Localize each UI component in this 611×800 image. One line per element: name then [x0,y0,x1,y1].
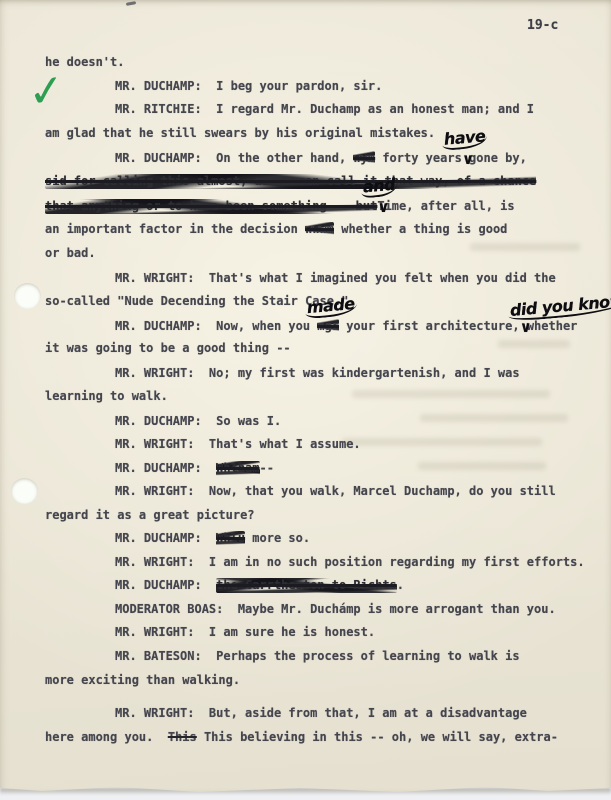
transcript-line: that anything or to have been something … [45,198,605,214]
typed-text: he doesn't. [45,55,124,69]
typed-text: -- [260,461,274,475]
transcript-line: an important factor in the decision wwwm… [45,222,605,237]
typed-text: Time, after all, is [377,199,514,213]
transcript-line: MR. DUCHAMP: Whlu more so. [45,531,611,546]
typed-text: here among you. [45,730,168,744]
typed-text: MR. WRIGHT: I am sure he is honest. [115,625,375,639]
typed-text: am glad that he still swears by his orig… [45,126,435,140]
transcript-line: sid for calling this almost, as we can c… [45,174,605,189]
transcript-line: MR. WRIGHT: That's what I assume. [45,437,611,452]
transcript-line: MR. WRIGHT: No; my first was kindergarte… [45,366,611,381]
transcript-line: learning to walk. [45,389,605,404]
typed-text: MODERATOR BOAS: Maybe Mr. Duchámp is mor… [115,602,556,616]
typed-text: MR. WRIGHT: I am in no such position reg… [115,555,585,569]
typed-text: regard it as a great picture? [45,508,255,522]
typed-text: MR. BATESON: Perhaps the process of lear… [115,649,520,663]
transcript-line: MR. DUCHAMP: So was I. [45,414,611,429]
transcript-line: MR. DUCHAMP: the Carrtheston to Richts. [45,578,611,593]
transcript-line: MR. WRIGHT: Now, that you walk, Marcel D… [45,484,611,499]
transcript-line: or bad. [45,246,605,261]
struck-out-text: This [168,730,197,744]
typed-text: MR. RITCHIE: I regard Mr. Duchamp as an … [115,102,534,116]
typed-text: MR. WRIGHT: Now, that you walk, Marcel D… [115,484,556,498]
typed-text: MR. WRIGHT: But, aside from that, I am a… [115,706,527,720]
document-page: 19-c ✓ he doesn't.MR. DUCHAMP: I beg you… [0,0,611,792]
typed-text: or bad. [45,246,96,260]
typed-text: MR. WRIGHT: That's what I imagined you f… [115,271,556,285]
struck-out-text: wwwm [305,222,334,237]
transcript-line: MR. DUCHAMP: I beg your pardon, sir. [45,79,611,94]
typed-text: more exciting than walking. [45,673,240,687]
transcript-line: MR. DUCHAMP: On the other hand, wym fort… [45,150,611,166]
typed-text: your first architecture, [339,319,520,333]
typed-text: whether a thing is good [334,222,507,236]
transcript-line: regard it as a great picture? [45,508,605,523]
transcript-line: MR. WRIGHT: That's what I imagined you f… [45,271,611,286]
typed-text: . [397,578,404,592]
typed-text: forty years [375,151,462,165]
transcript-line: it was going to be a good thing -- [45,341,605,356]
typed-text: MR. DUCHAMP: Now, when you [115,319,317,333]
transcript-line: MR. WRIGHT: But, aside from that, I am a… [45,706,611,721]
transcript-line: MR. DUCHAMP: Now, when you mgrmade your … [45,318,611,334]
transcript-line: here among you. This This believing in t… [45,730,605,745]
typed-text: MR. WRIGHT: That's what I assume. [115,437,361,451]
struck-out-text: the Carrtheston to Richts [216,578,397,593]
transcript-line: MR. RITCHIE: I regard Mr. Duchamp as an … [45,102,611,117]
typed-text: MR. DUCHAMP: On the other hand, [115,151,353,165]
typed-text: MR. WRIGHT: No; my first was kindergarte… [115,366,520,380]
transcript-line: MR. DUCHAMP: Whlham-- [45,461,611,476]
typed-text: more so. [245,531,310,545]
struck-out-text: mgr [317,319,339,334]
struck-out-text: wym [353,151,375,166]
typed-text: MR. DUCHAMP: [115,461,216,475]
struck-out-text: Whlham [216,461,259,476]
typed-text: it was going to be a good thing -- [45,341,291,355]
transcript: he doesn't.MR. DUCHAMP: I beg your pardo… [0,0,611,792]
typed-text: learning to walk. [45,389,168,403]
transcript-line: MR. WRIGHT: I am sure he is honest. [45,625,611,640]
transcript-line: MODERATOR BOAS: Maybe Mr. Duchámp is mor… [45,602,611,617]
typed-text: MR. DUCHAMP: I beg your pardon, sir. [115,79,382,93]
typed-text: MR. DUCHAMP: [115,578,216,592]
struck-out-text: that anything or to have been something … [45,199,377,214]
typed-text: MR. DUCHAMP: [115,531,216,545]
transcript-line: MR. BATESON: Perhaps the process of lear… [45,649,611,664]
typed-text: an important factor in the decision [45,222,305,236]
struck-out-text: Whlu [216,531,245,546]
typed-text: This believing in this -- oh, we will sa… [197,730,558,744]
transcript-line: he doesn't. [45,55,605,70]
typed-text: MR. DUCHAMP: So was I. [115,414,281,428]
transcript-line: MR. WRIGHT: I am in no such position reg… [45,555,611,570]
transcript-line: am glad that he still swears by his orig… [45,126,605,141]
struck-out-text: sid for calling this almost, as we can c… [45,174,536,189]
typed-text: so-called "Nude Decending the Stair Case… [45,294,348,308]
scan-background: 19-c ✓ he doesn't.MR. DUCHAMP: I beg you… [0,0,611,800]
transcript-line: more exciting than walking. [45,673,605,688]
